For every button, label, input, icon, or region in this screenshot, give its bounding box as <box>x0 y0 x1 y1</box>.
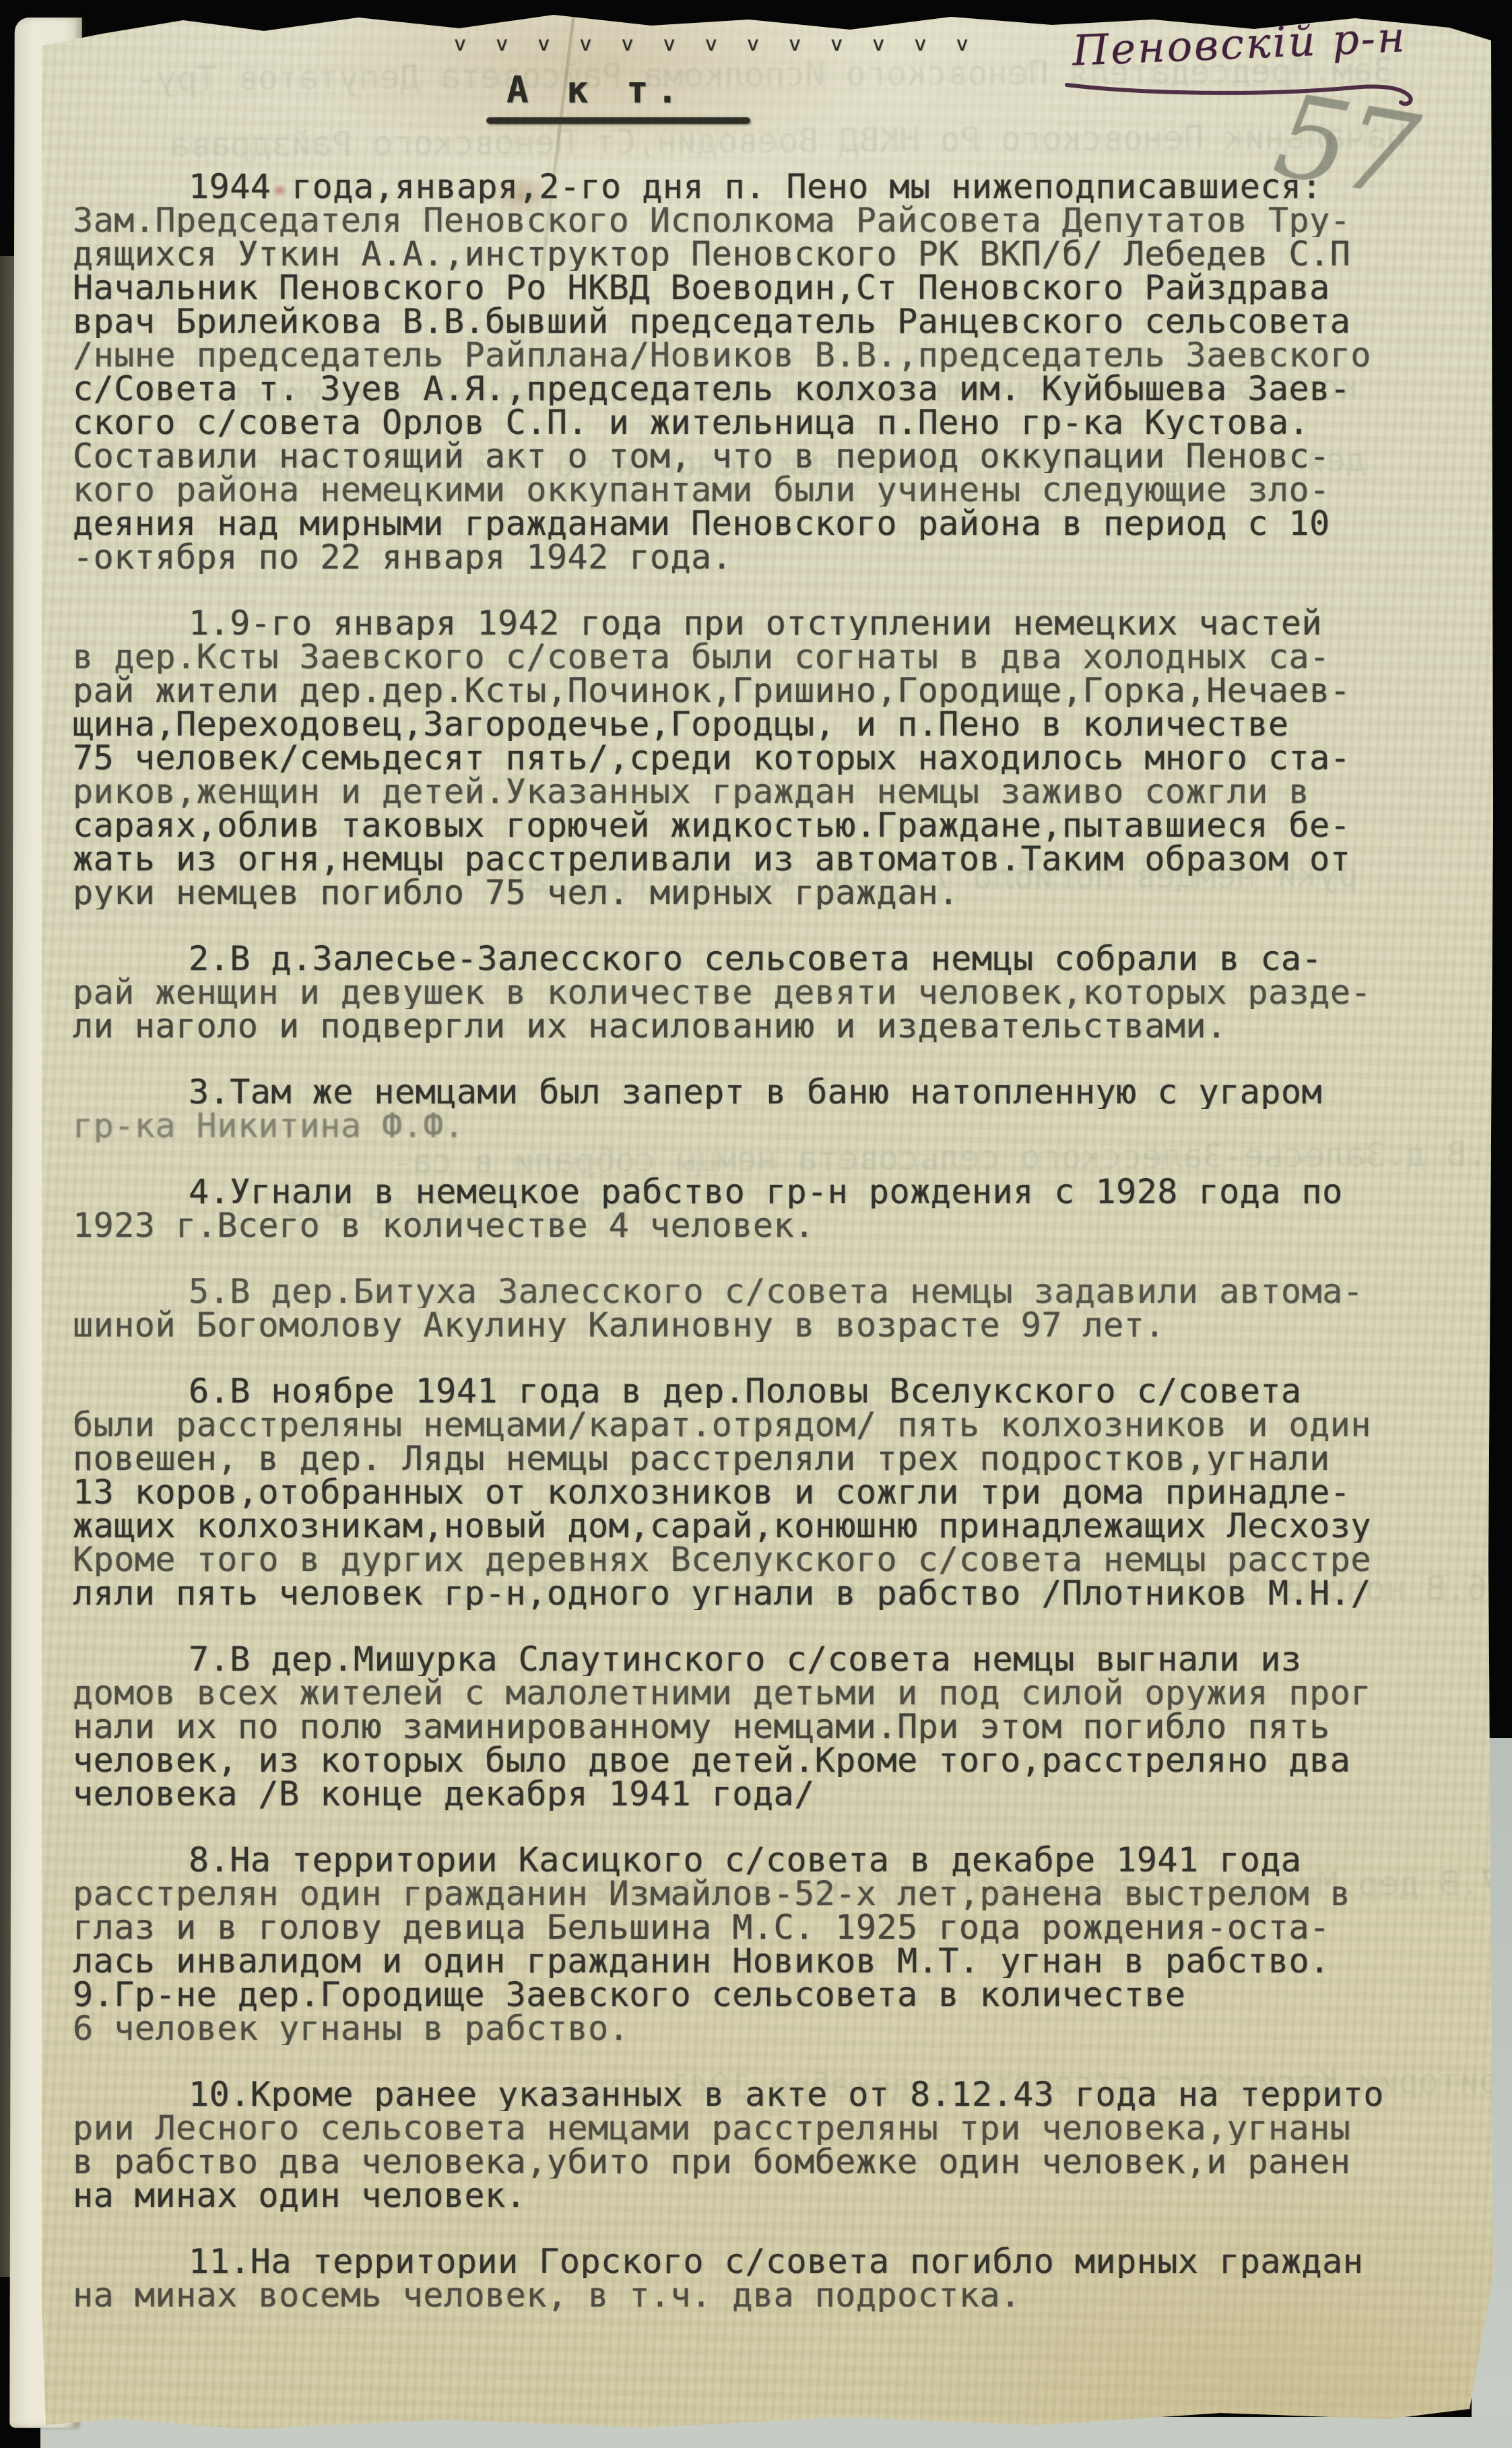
text-line: кого района немецкими оккупантами были у… <box>73 473 1474 507</box>
text-line: человек, из которых было двое детей.Кром… <box>73 1743 1474 1777</box>
numbered-paragraph: 2.В д.Залесье-Залесского сельсовета немц… <box>73 942 1474 1043</box>
page-title: А к т. <box>506 69 686 111</box>
text-line: Начальник Пеновского Ро НКВД Воеводин,Ст… <box>73 271 1474 304</box>
text-line: рии Лесного сельсовета немцами расстреля… <box>73 2111 1474 2145</box>
text-line: с/Совета т. Зуев А.Я.,председатель колхо… <box>73 372 1474 406</box>
text-line: 10.Кроме ранее указанных в акте от 8.12.… <box>73 2077 1474 2111</box>
text-line: 7.В дер.Мишурка Слаутинского с/совета не… <box>73 1642 1474 1676</box>
intro-paragraph: 1944 года,января,2-го дня п. Пено мы ниж… <box>73 170 1474 574</box>
text-line: 11.На территории Горского с/совета погиб… <box>73 2245 1474 2278</box>
paper-sheet: Зам.Председателя Пеновского Исполкома Ра… <box>42 11 1493 2436</box>
text-line: 1.9-го января 1942 года при отступлении … <box>73 606 1474 640</box>
text-line: жать из огня,немцы расстреливали из авто… <box>73 842 1474 876</box>
text-line: деяния над мирными гражданами Пеновского… <box>73 507 1474 540</box>
text-line: ли наголо и подвергли их насилованию и и… <box>73 1009 1474 1043</box>
text-line: жащих колхозникам,новый дом,сарай,конюшн… <box>73 1509 1474 1543</box>
text-line: гр-ка Никитина Ф.Ф. <box>73 1109 1474 1142</box>
text-line: ского с/совета Орлов С.П. и жительница п… <box>73 406 1474 439</box>
numbered-paragraph: 1.9-го января 1942 года при отступлении … <box>73 606 1474 909</box>
text-line: 75 человек/семьдесят пять/,среди которых… <box>73 741 1474 775</box>
text-line: рай женщин и девушек в количестве девяти… <box>73 975 1474 1009</box>
text-line: на минах один человек. <box>73 2179 1474 2212</box>
text-line: 1944 года,января,2-го дня п. Пено мы ниж… <box>73 170 1474 203</box>
text-line: щина,Переходовец,Загородечье,Городцы, и … <box>73 707 1474 741</box>
text-line: 2.В д.Залесье-Залесского сельсовета немц… <box>73 942 1474 975</box>
numbered-paragraph: 7.В дер.Мишурка Слаутинского с/совета не… <box>73 1642 1474 1811</box>
text-line: 13 коров,отобранных от колхозников и сож… <box>73 1475 1474 1509</box>
text-line: 8.На территории Касицкого с/совета в дек… <box>73 1843 1474 1877</box>
document-body: 1944 года,января,2-го дня п. Пено мы ниж… <box>73 170 1474 2344</box>
text-line: врач Брилейкова В.В.бывший председатель … <box>73 304 1474 338</box>
text-line: 9.Гр-не дер.Городище Заевского сельсовет… <box>73 1978 1474 2011</box>
text-line: 5.В дер.Битуха Залесского с/совета немцы… <box>73 1275 1474 1308</box>
text-line: домов всех жителей с малолетними детьми … <box>73 1676 1474 1710</box>
text-line: дящихся Уткин А.А.,инструктор Пеновского… <box>73 237 1474 271</box>
text-line: ляли пять человек гр-н,одного угнали в р… <box>73 1576 1474 1610</box>
numbered-paragraph: 10.Кроме ранее указанных в акте от 8.12.… <box>73 2077 1474 2212</box>
text-line: лась инвалидом и один гражданин Новиков … <box>73 1944 1474 1978</box>
scanned-document-page: Зам.Председателя Пеновского Исполкома Ра… <box>0 0 1512 2448</box>
text-line: 3.Там же немцами был заперт в баню натоп… <box>73 1075 1474 1109</box>
text-line: повешен, в дер. Ляды немцы расстреляли т… <box>73 1442 1474 1475</box>
title-underline <box>486 117 750 124</box>
text-line: нали их по полю заминированному немцами.… <box>73 1710 1474 1743</box>
numbered-paragraph: 5.В дер.Битуха Залесского с/совета немцы… <box>73 1275 1474 1342</box>
text-line: риков,женщин и детей.Указанных граждан н… <box>73 775 1474 808</box>
numbered-paragraph: 11.На территории Горского с/совета погиб… <box>73 2245 1474 2312</box>
text-line: расстрелян один гражданин Измайлов-52-х … <box>73 1877 1474 1910</box>
text-line: сараях,облив таковых горючей жидкостью.Г… <box>73 808 1474 842</box>
text-line: в рабство два человека,убито при бомбежк… <box>73 2145 1474 2179</box>
text-line: Составили настоящий акт о том, что в пер… <box>73 439 1474 473</box>
text-line: 6.В ноябре 1941 года в дер.Половы Вселук… <box>73 1374 1474 1408</box>
numbered-paragraph: 4.Угнали в немецкое рабство гр-н рождени… <box>73 1175 1474 1242</box>
numbered-paragraph: 3.Там же немцами был заперт в баню натоп… <box>73 1075 1474 1142</box>
text-line: в дер.Ксты Заевского с/совета были согна… <box>73 640 1474 674</box>
text-line: /ныне председатель Райплана/Новиков В.В.… <box>73 338 1474 372</box>
text-line: рай жители дер.дер.Ксты,Починок,Гришино,… <box>73 674 1474 707</box>
text-line: на минах восемь человек, в т.ч. два подр… <box>73 2278 1474 2312</box>
text-line: человека /В конце декабря 1941 года/ <box>73 1777 1474 1811</box>
text-line: руки немцев погибло 75 чел. мирных гражд… <box>73 876 1474 909</box>
text-line: Кроме того в дургих деревнях Вселукского… <box>73 1543 1474 1576</box>
text-line: -октября по 22 января 1942 года. <box>73 540 1474 574</box>
text-line: 1923 г.Всего в количестве 4 человек. <box>73 1209 1474 1242</box>
numbered-paragraph: 6.В ноябре 1941 года в дер.Половы Вселук… <box>73 1374 1474 1610</box>
text-line: были расстреляны немцами/карат.отрядом/ … <box>73 1408 1474 1442</box>
text-line: 6 человек угнаны в рабство. <box>73 2011 1474 2045</box>
text-line: шиной Богомолову Акулину Калиновну в воз… <box>73 1308 1474 1342</box>
text-line: Зам.Председателя Пеновского Исполкома Ра… <box>73 203 1474 237</box>
text-line: глаз и в голову девица Бельшина М.С. 192… <box>73 1910 1474 1944</box>
text-line: 4.Угнали в немецкое рабство гр-н рождени… <box>73 1175 1474 1209</box>
numbered-paragraph: 8.На территории Касицкого с/совета в дек… <box>73 1843 1474 2045</box>
ghost-line: Начальник Пеновского Ро НКВД Воеводин,Ст… <box>170 120 1407 162</box>
handwritten-page-number: 57 <box>1266 69 1422 224</box>
decorative-squiggle-row: v v v v v v v v v v v v v <box>454 32 777 56</box>
